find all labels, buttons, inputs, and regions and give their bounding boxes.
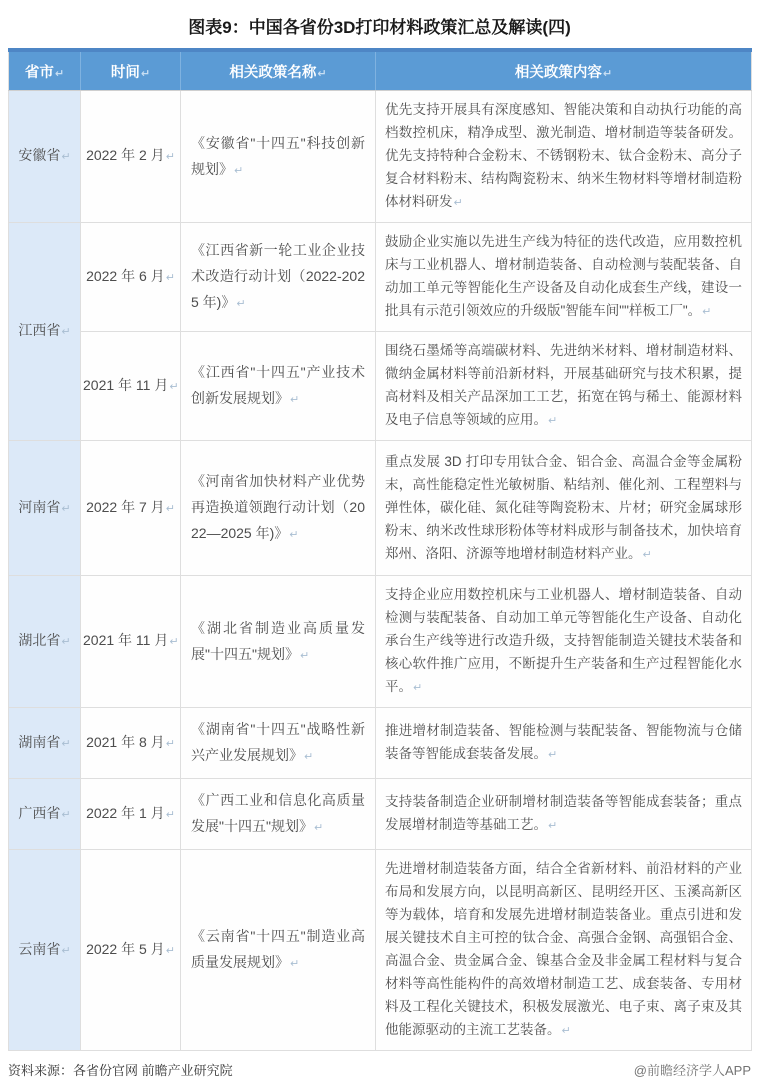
date-cell: 2021 年 11 月↵ [81,332,181,441]
policy-table-header: 省市↵ 时间↵ 相关政策名称↵ 相关政策内容↵ [9,50,752,91]
return-mark-icon: ↵ [166,151,175,163]
policy-content-cell-text: 支持企业应用数控机床与工业机器人、增材制造装备、自动检测与装配装备、自动加工单元… [385,587,742,694]
return-mark-icon: ↵ [548,820,557,832]
return-mark-icon: ↵ [55,68,64,80]
policy-name-cell-text: 《安徽省"十四五"科技创新规划》 [191,135,365,177]
policy-name-cell-text: 《广西工业和信息化高质量发展"十四五"规划》 [191,792,365,834]
return-mark-icon: ↵ [454,197,463,209]
policy-name-cell: 《安徽省"十四五"科技创新规划》↵ [181,91,376,223]
date-cell-text: 2022 年 1 月 [86,805,165,821]
date-cell-text: 2022 年 2 月 [86,147,165,163]
credit-note: @前瞻经济学人APP [634,1060,751,1079]
policy-content-cell: 先进增材制造装备方面，结合全省新材料、前沿材料的产业布局和发展方向，以昆明高新区… [376,850,752,1051]
policy-content-cell-text: 支持装备制造企业研制增材制造装备等智能成套装备；重点发展增材制造等基础工艺。 [385,794,742,832]
policy-content-cell: 推进增材制造装备、智能检测与装配装备、智能物流与仓储装备等智能成套装备发展。↵ [376,708,752,779]
policy-name-cell: 《广西工业和信息化高质量发展"十四五"规划》↵ [181,779,376,850]
return-mark-icon: ↵ [643,549,652,561]
policy-content-cell: 优先支持开展具有深度感知、智能决策和自动执行功能的高档数控机床，精净成型、激光制… [376,91,752,223]
table-row: 江西省↵2022 年 6 月↵《江西省新一轮工业企业技术改造行动计划（2022-… [9,223,752,332]
date-cell: 2022 年 7 月↵ [81,441,181,576]
return-mark-icon: ↵ [169,381,178,393]
return-mark-icon: ↵ [61,809,70,821]
page-title: 图表9：中国各省份3D打印材料政策汇总及解读(四) [0,0,759,48]
return-mark-icon: ↵ [169,636,178,648]
policy-content-cell-text: 围绕石墨烯等高端碳材料、先进纳米材料、增材制造材料、微纳金属材料等前沿新材料，开… [385,343,742,427]
table-row: 湖北省↵2021 年 11 月↵《湖北省制造业高质量发展"十四五"规划》↵支持企… [9,576,752,708]
policy-name-cell-text: 《河南省加快材料产业优势再造换道领跑行动计划（2022—2025 年)》 [191,473,365,541]
source-note: 资料来源：各省份官网 前瞻产业研究院 [8,1060,233,1079]
date-cell-text: 2022 年 7 月 [86,499,165,515]
date-cell: 2021 年 11 月↵ [81,576,181,708]
province-cell-text: 安徽省 [18,147,60,163]
province-cell-text: 湖南省 [18,734,60,750]
return-mark-icon: ↵ [304,751,313,763]
footer: 资料来源：各省份官网 前瞻产业研究院 @前瞻经济学人APP [8,1060,751,1089]
return-mark-icon: ↵ [61,636,70,648]
report-page: 前瞻产业研究院 前瞻产业研究院 前瞻产业研究院 前瞻产业研究院 前瞻产业研究院 … [0,0,759,1089]
province-cell: 广西省↵ [9,779,81,850]
policy-name-cell-text: 《云南省"十四五"制造业高质量发展规划》 [191,928,365,970]
col-header-province: 省市↵ [9,50,81,91]
policy-content-cell: 支持装备制造企业研制增材制造装备等智能成套装备；重点发展增材制造等基础工艺。↵ [376,779,752,850]
province-cell: 湖南省↵ [9,708,81,779]
date-cell-text: 2021 年 11 月 [83,377,168,393]
policy-content-cell-text: 推进增材制造装备、智能检测与装配装备、智能物流与仓储装备等智能成套装备发展。 [385,723,742,761]
return-mark-icon: ↵ [236,298,245,310]
province-cell-text: 河南省 [18,499,60,515]
policy-content-cell-text: 优先支持开展具有深度感知、智能决策和自动执行功能的高档数控机床，精净成型、激光制… [385,102,742,209]
return-mark-icon: ↵ [300,650,309,662]
table-row: 2021 年 11 月↵《江西省"十四五"产业技术创新发展规划》↵围绕石墨烯等高… [9,332,752,441]
policy-content-cell: 支持企业应用数控机床与工业机器人、增材制造装备、自动检测与装配装备、自动加工单元… [376,576,752,708]
col-header-date: 时间↵ [81,50,181,91]
return-mark-icon: ↵ [61,503,70,515]
province-cell: 安徽省↵ [9,91,81,223]
return-mark-icon: ↵ [603,68,612,80]
policy-content-cell-text: 鼓励企业实施以先进生产线为特征的迭代改造，应用数控机床与工业机器人、增材制造装备… [385,234,742,318]
policy-content-cell-text: 重点发展 3D 打印专用钛合金、铝合金、高温合金等金属粉末，高性能稳定性光敏树脂… [385,454,742,561]
policy-content-cell: 重点发展 3D 打印专用钛合金、铝合金、高温合金等金属粉末，高性能稳定性光敏树脂… [376,441,752,576]
return-mark-icon: ↵ [234,165,243,177]
policy-name-cell: 《江西省"十四五"产业技术创新发展规划》↵ [181,332,376,441]
province-cell-text: 云南省 [18,941,60,957]
date-cell-text: 2022 年 6 月 [86,268,165,284]
return-mark-icon: ↵ [141,68,150,80]
return-mark-icon: ↵ [317,68,326,80]
return-mark-icon: ↵ [166,272,175,284]
policy-name-cell-text: 《江西省"十四五"产业技术创新发展规划》 [191,364,365,406]
province-cell-text: 江西省 [18,322,60,338]
date-cell: 2022 年 2 月↵ [81,91,181,223]
policy-name-cell-text: 《江西省新一轮工业企业技术改造行动计划（2022-2025 年)》 [191,242,365,310]
policy-name-cell-text: 《湖南省"十四五"战略性新兴产业发展规划》 [191,721,365,763]
province-cell: 河南省↵ [9,441,81,576]
return-mark-icon: ↵ [166,503,175,515]
table-row: 安徽省↵2022 年 2 月↵《安徽省"十四五"科技创新规划》↵优先支持开展具有… [9,91,752,223]
province-cell: 云南省↵ [9,850,81,1051]
date-cell-text: 2021 年 8 月 [86,734,165,750]
return-mark-icon: ↵ [61,945,70,957]
date-cell: 2022 年 5 月↵ [81,850,181,1051]
table-row: 广西省↵2022 年 1 月↵《广西工业和信息化高质量发展"十四五"规划》↵支持… [9,779,752,850]
return-mark-icon: ↵ [548,415,557,427]
return-mark-icon: ↵ [314,822,323,834]
return-mark-icon: ↵ [166,945,175,957]
province-cell-text: 湖北省 [18,632,60,648]
col-header-policy-name: 相关政策名称↵ [181,50,376,91]
return-mark-icon: ↵ [289,529,298,541]
policy-content-cell: 围绕石墨烯等高端碳材料、先进纳米材料、增材制造材料、微纳金属材料等前沿新材料，开… [376,332,752,441]
policy-table-body: 安徽省↵2022 年 2 月↵《安徽省"十四五"科技创新规划》↵优先支持开展具有… [9,91,752,1051]
return-mark-icon: ↵ [61,326,70,338]
table-row: 云南省↵2022 年 5 月↵《云南省"十四五"制造业高质量发展规划》↵先进增材… [9,850,752,1051]
return-mark-icon: ↵ [562,1025,571,1037]
date-cell: 2021 年 8 月↵ [81,708,181,779]
policy-name-cell: 《江西省新一轮工业企业技术改造行动计划（2022-2025 年)》↵ [181,223,376,332]
policy-table: 省市↵ 时间↵ 相关政策名称↵ 相关政策内容↵ 安徽省↵2022 年 2 月↵《… [8,48,752,1051]
return-mark-icon: ↵ [413,682,422,694]
policy-name-cell: 《湖北省制造业高质量发展"十四五"规划》↵ [181,576,376,708]
date-cell: 2022 年 1 月↵ [81,779,181,850]
col-header-policy-content: 相关政策内容↵ [376,50,752,91]
return-mark-icon: ↵ [702,306,711,318]
province-cell: 湖北省↵ [9,576,81,708]
return-mark-icon: ↵ [61,151,70,163]
return-mark-icon: ↵ [61,738,70,750]
policy-name-cell: 《云南省"十四五"制造业高质量发展规划》↵ [181,850,376,1051]
return-mark-icon: ↵ [166,809,175,821]
table-row: 湖南省↵2021 年 8 月↵《湖南省"十四五"战略性新兴产业发展规划》↵推进增… [9,708,752,779]
return-mark-icon: ↵ [548,749,557,761]
province-cell: 江西省↵ [9,223,81,441]
policy-content-cell-text: 先进增材制造装备方面，结合全省新材料、前沿材料的产业布局和发展方向，以昆明高新区… [385,861,742,1037]
policy-name-cell-text: 《湖北省制造业高质量发展"十四五"规划》 [191,620,365,662]
policy-name-cell: 《湖南省"十四五"战略性新兴产业发展规划》↵ [181,708,376,779]
policy-content-cell: 鼓励企业实施以先进生产线为特征的迭代改造，应用数控机床与工业机器人、增材制造装备… [376,223,752,332]
province-cell-text: 广西省 [18,805,60,821]
return-mark-icon: ↵ [166,738,175,750]
date-cell-text: 2021 年 11 月 [83,632,168,648]
return-mark-icon: ↵ [290,958,299,970]
policy-name-cell: 《河南省加快材料产业优势再造换道领跑行动计划（2022—2025 年)》↵ [181,441,376,576]
table-row: 河南省↵2022 年 7 月↵《河南省加快材料产业优势再造换道领跑行动计划（20… [9,441,752,576]
return-mark-icon: ↵ [290,394,299,406]
date-cell-text: 2022 年 5 月 [86,941,165,957]
date-cell: 2022 年 6 月↵ [81,223,181,332]
